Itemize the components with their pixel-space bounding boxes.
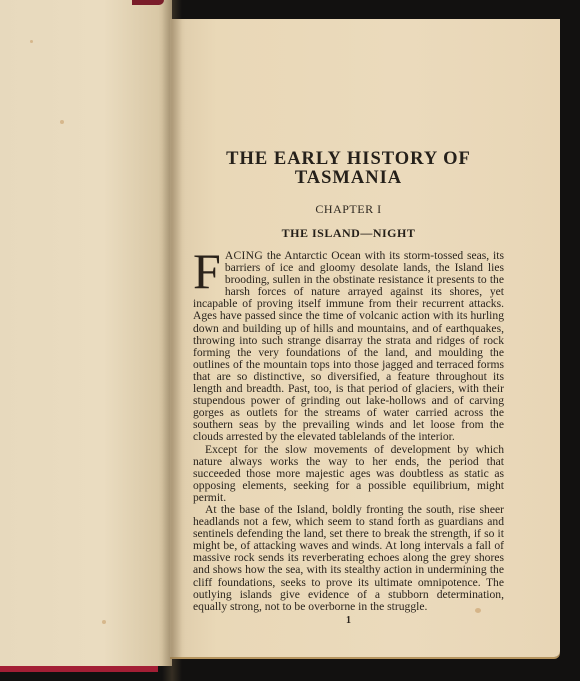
book-title-line2: TASMANIA: [295, 168, 402, 188]
foxing-spot: [60, 120, 64, 124]
book-title: THE EARLY HISTORY OF TASMANIA: [193, 150, 504, 188]
chapter-body: FACING the Antarctic Ocean with its stor…: [193, 250, 504, 613]
paragraph-1-text: the Antarctic Ocean with its storm-tosse…: [193, 249, 504, 443]
chapter-number: CHAPTER I: [193, 202, 504, 217]
first-word: ACING: [225, 249, 263, 262]
book-title-line1: THE EARLY HISTORY OF: [226, 149, 471, 169]
page-number: 1: [193, 615, 504, 626]
cover-edge-bottom: [0, 666, 158, 672]
left-page: [0, 0, 172, 666]
page-content: THE EARLY HISTORY OF TASMANIA CHAPTER I …: [193, 150, 504, 626]
cover-edge-top: [132, 0, 164, 5]
book-gutter: [162, 0, 182, 681]
foxing-spot: [102, 620, 106, 624]
paragraph-1: FACING the Antarctic Ocean with its stor…: [193, 250, 504, 444]
paragraph-3: At the base of the Island, boldly fronti…: [193, 504, 504, 613]
drop-cap: F: [193, 251, 221, 291]
paragraph-2: Except for the slow movements of develop…: [193, 444, 504, 504]
chapter-title: THE ISLAND—NIGHT: [193, 226, 504, 241]
foxing-spot: [30, 40, 33, 43]
